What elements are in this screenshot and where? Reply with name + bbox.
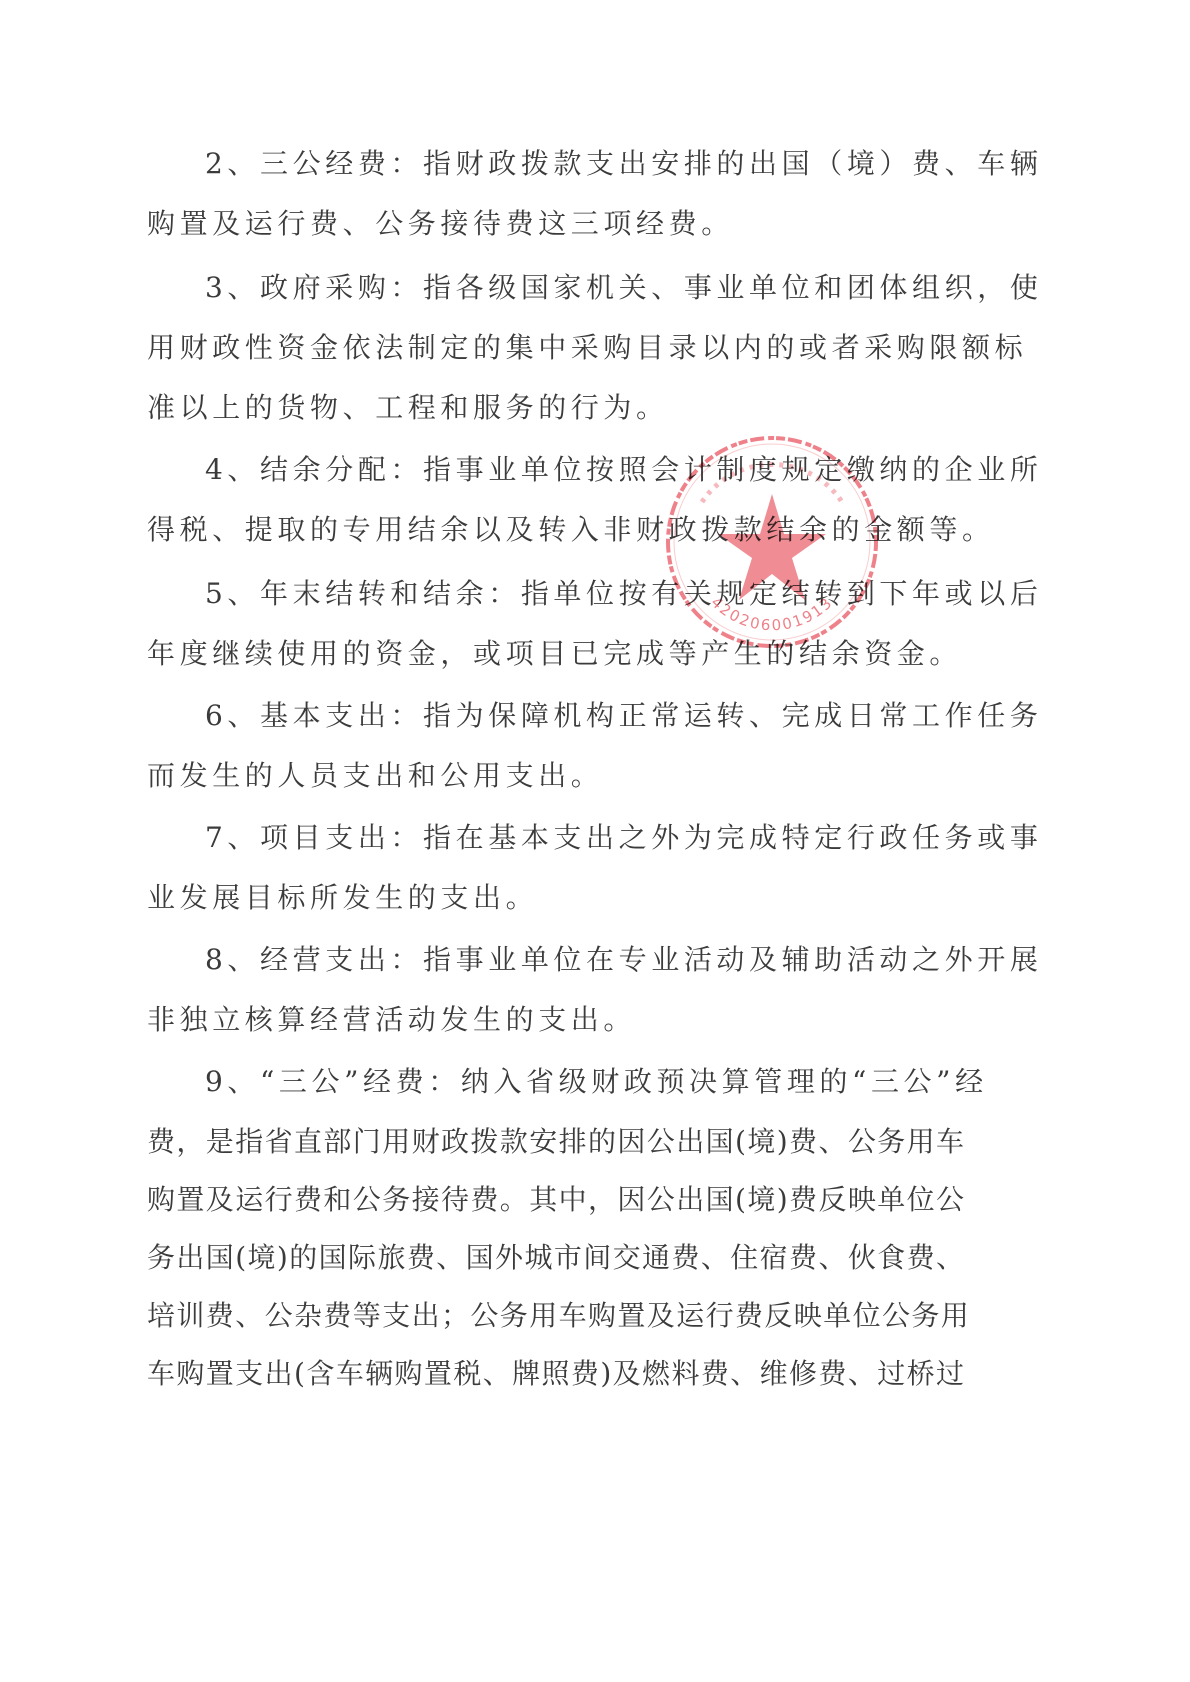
paragraph-line: 2、三公经费：指财政拨款支出安排的出国（境）费、车辆 (205, 144, 1042, 184)
paragraph-line: 7、项目支出：指在基本支出之外为完成特定行政任务或事 (205, 818, 1042, 858)
paragraph-line: 培训费、公杂费等支出；公务用车购置及运行费反映单位公务用 (147, 1296, 970, 1336)
paragraph-line: 9、“三公”经费：纳入省级财政预决算管理的“三公”经 (205, 1062, 988, 1102)
paragraph-line: 非独立核算经营活动发生的支出。 (147, 1000, 636, 1040)
paragraph-line: 年度继续使用的资金，或项目已完成等产生的结余资金。 (147, 634, 962, 674)
paragraph-line: 6、基本支出：指为保障机构正常运转、完成日常工作任务 (205, 696, 1042, 736)
paragraph-line: 得税、提取的专用结余以及转入非财政拨款结余的金额等。 (147, 510, 995, 550)
paragraph-line: 务出国(境)的国际旅费、国外城市间交通费、住宿费、伙食费、 (147, 1238, 965, 1278)
paragraph-line: 车购置支出(含车辆购置税、牌照费)及燃料费、维修费、过桥过 (147, 1354, 965, 1394)
paragraph-line: 用财政性资金依法制定的集中采购目录以内的或者采购限额标 (147, 328, 1027, 368)
paragraph-line: 4、结余分配：指事业单位按照会计制度规定缴纳的企业所 (205, 450, 1042, 490)
paragraph-line: 准以上的货物、工程和服务的行为。 (147, 388, 669, 428)
paragraph-line: 3、政府采购：指各级国家机关、事业单位和团体组织，使 (205, 268, 1042, 308)
paragraph-line: 购置及运行费和公务接待费。其中，因公出国(境)费反映单位公 (147, 1180, 965, 1220)
paragraph-line: 业发展目标所发生的支出。 (147, 878, 538, 918)
paragraph-line: 5、年末结转和结余：指单位按有关规定结转到下年或以后 (205, 574, 1042, 614)
paragraph-line: 8、经营支出：指事业单位在专业活动及辅助活动之外开展 (205, 940, 1042, 980)
paragraph-line: 购置及运行费、公务接待费这三项经费。 (147, 204, 734, 244)
paragraph-line: 费，是指省直部门用财政拨款安排的因公出国(境)费、公务用车 (147, 1122, 965, 1162)
paragraph-line: 而发生的人员支出和公用支出。 (147, 756, 603, 796)
document-page: 2、三公经费：指财政拨款支出安排的出国（境）费、车辆 购置及运行费、公务接待费这… (0, 0, 1190, 1682)
